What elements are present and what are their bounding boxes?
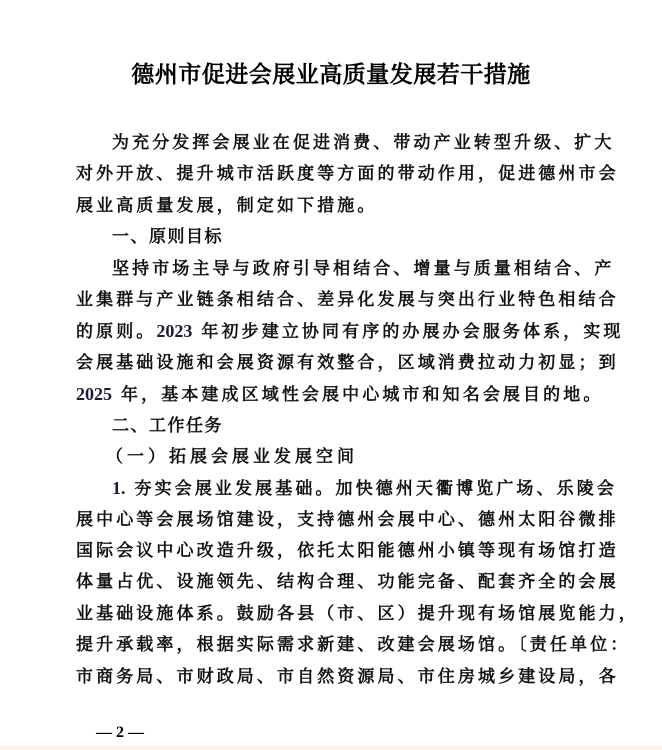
item-1-line-1: 1. 夯实会展业发展基础。加快德州天衢博览广场、乐陵会 — [76, 473, 582, 504]
section-heading-principles: 一、原则目标 — [76, 222, 582, 253]
item-1-line-5: 业基础设施体系。鼓励各县（市、区）提升现有场馆展览能力， — [76, 599, 582, 630]
paragraph-principles-line-5: 2025 年，基本建成区域性会展中心城市和知名会展目的地。 — [76, 379, 582, 410]
item-1-line-7: 市商务局、市财政局、市自然资源局、市住房城乡建设局，各 — [76, 662, 582, 693]
text-segment: 年初步建立协同有序的办展办会服务体系，实现 — [192, 322, 623, 342]
item-1-line-6: 提升承载率，根据实际需求新建、改建会展场馆。〔责任单位： — [76, 630, 582, 661]
subsection-heading-expand-space: （一）拓展会展业发展空间 — [76, 442, 582, 473]
paragraph-intro-line-1: 为充分发挥会展业在促进消费、带动产业转型升级、扩大 — [76, 128, 582, 159]
year-2023: 2023 — [156, 321, 192, 341]
item-1-line-2: 展中心等会展场馆建设，支持德州会展中心、德州太阳谷微排 — [76, 505, 582, 536]
paragraph-intro-line-2: 对外开放、提升城市活跃度等方面的带动作用，促进德州市会 — [76, 159, 582, 190]
item-number: 1. — [112, 478, 126, 498]
year-2025: 2025 — [76, 384, 112, 404]
document-body: 为充分发挥会展业在促进消费、带动产业转型升级、扩大 对外开放、提升城市活跃度等方… — [76, 128, 582, 693]
paragraph-intro-line-3: 展业高质量发展，制定如下措施。 — [76, 191, 582, 222]
text-segment: 年，基本建成区域性会展中心城市和知名会展目的地。 — [112, 385, 603, 405]
section-heading-tasks: 二、工作任务 — [76, 411, 582, 442]
item-1-line-3: 国际会议中心改造升级，依托太阳能德州小镇等现有场馆打造 — [76, 536, 582, 567]
paragraph-principles-line-2: 业集群与产业链条相结合、差异化发展与突出行业特色相结合 — [76, 285, 582, 316]
page-bottom-edge — [0, 746, 662, 750]
paragraph-principles-line-4: 会展基础设施和会展资源有效整合，区域消费拉动力初显；到 — [76, 348, 582, 379]
paragraph-principles-line-1: 坚持市场主导与政府引导相结合、增量与质量相结合、产 — [76, 254, 582, 285]
text-segment: 的原则。 — [76, 322, 156, 342]
item-1-line-4: 体量占优、设施领先、结构合理、功能完备、配套齐全的会展 — [76, 567, 582, 598]
paragraph-principles-line-3: 的原则。2023 年初步建立协同有序的办展办会服务体系，实现 — [76, 316, 582, 347]
page-number: — 2 — — [96, 724, 144, 742]
document-page: 德州市促进会展业高质量发展若干措施 为充分发挥会展业在促进消费、带动产业转型升级… — [0, 0, 662, 746]
text-segment: 夯实会展业发展基础。加快德州天衢博览广场、乐陵会 — [126, 479, 617, 499]
document-title: 德州市促进会展业高质量发展若干措施 — [0, 56, 662, 89]
